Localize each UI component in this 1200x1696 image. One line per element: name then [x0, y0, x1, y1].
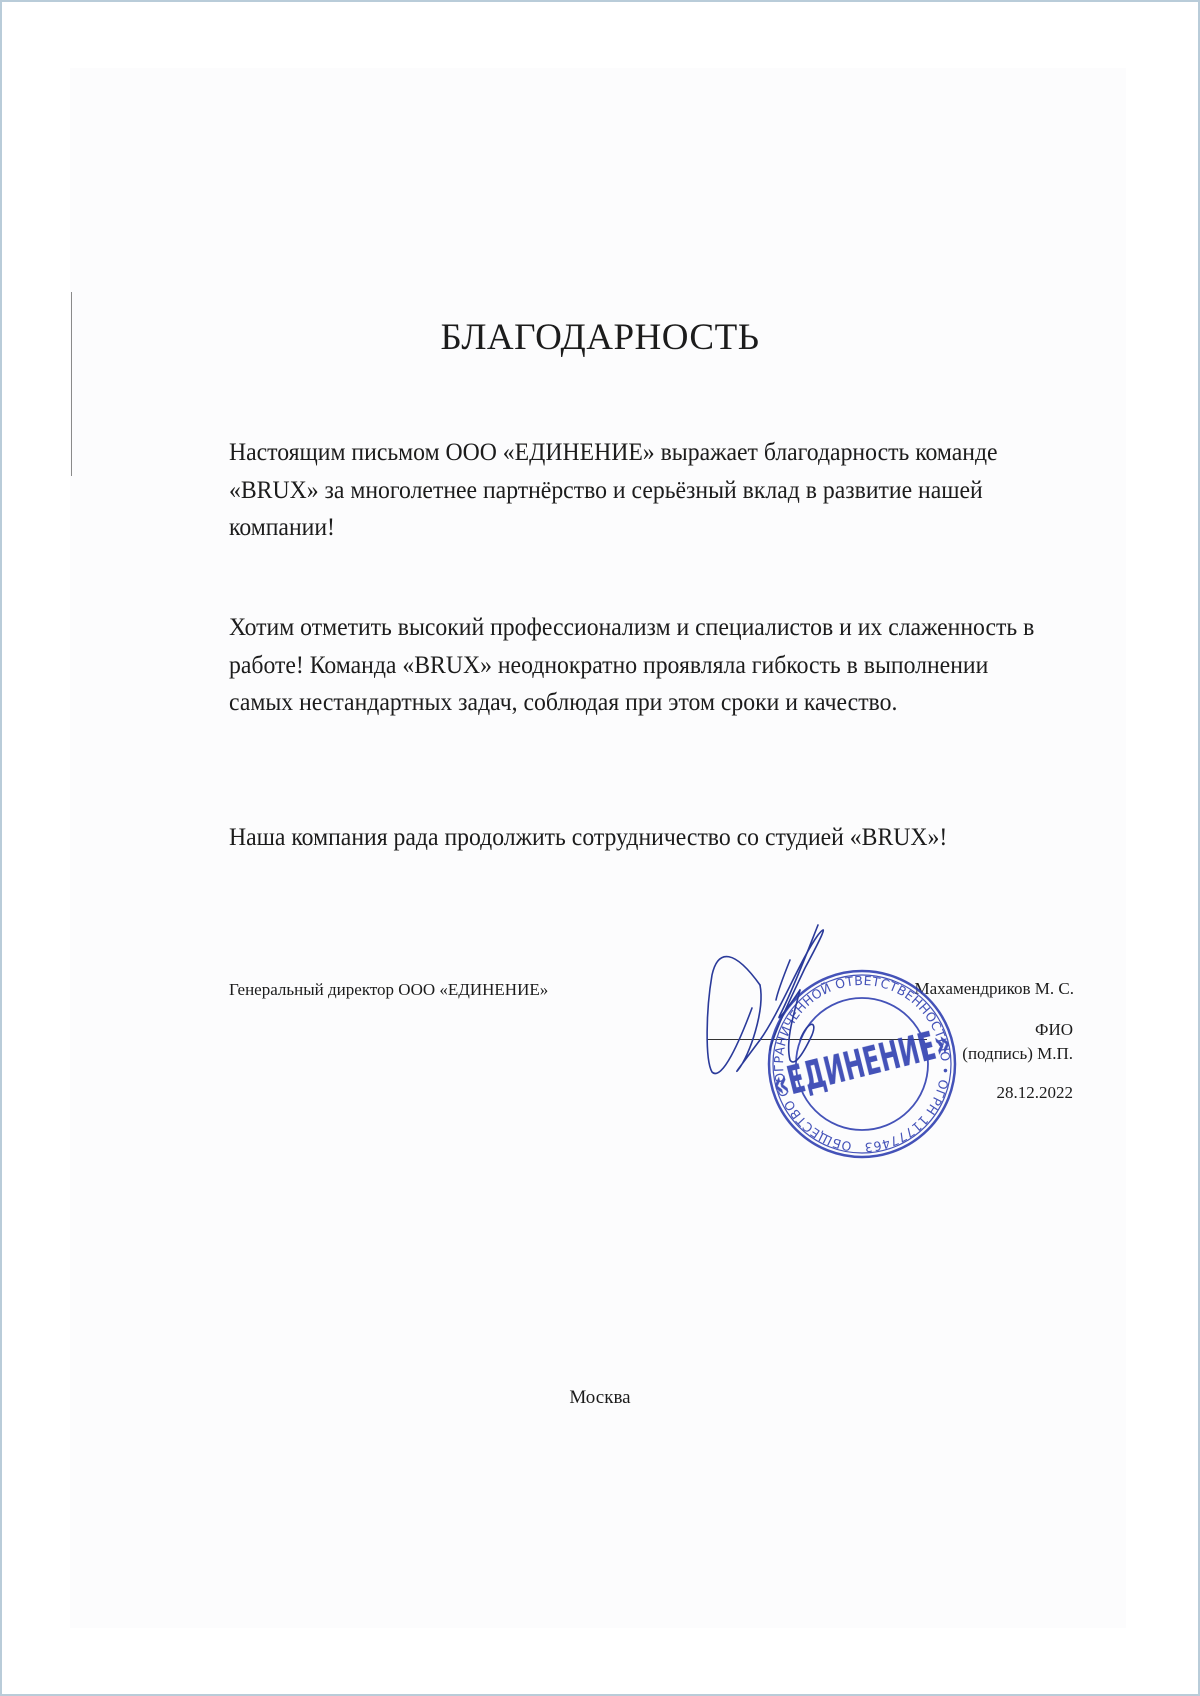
paragraph-professionalism: Хотим отметить высокий профессионализм и…	[229, 608, 1047, 721]
signature-line	[707, 1039, 927, 1040]
fio-label: ФИО	[1035, 1020, 1073, 1040]
document-city: Москва	[0, 1387, 1200, 1409]
signatory-role: Генеральный директор ООО «ЕДИНЕНИЕ»	[229, 980, 548, 1000]
signatory-name: Махамендриков М. С.	[914, 979, 1074, 999]
document-title: БЛАГОДАРНОСТЬ	[0, 316, 1200, 359]
paragraph-cooperation: Наша компания рада продолжить сотрудниче…	[229, 818, 1047, 856]
signature-label: (подпись) М.П.	[962, 1044, 1073, 1064]
paragraph-gratitude: Настоящим письмом ООО «ЕДИНЕНИЕ» выражае…	[229, 433, 1047, 546]
signature-date: 28.12.2022	[997, 1083, 1074, 1103]
